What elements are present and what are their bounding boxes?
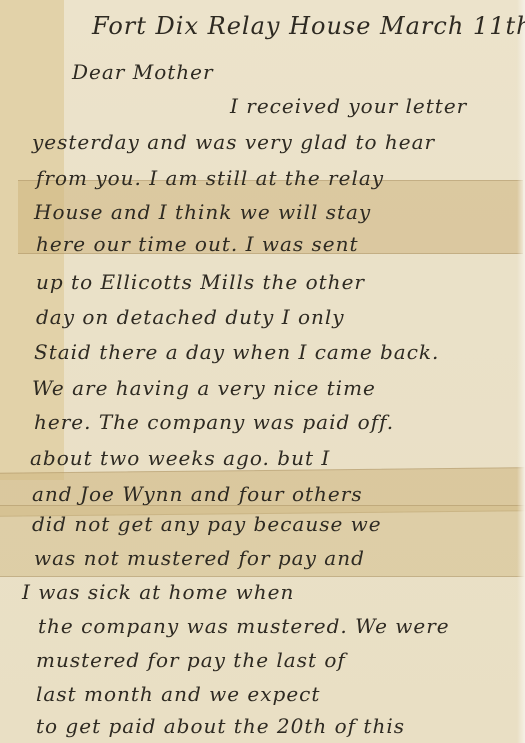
letter-line: day on detached duty I only xyxy=(36,305,525,329)
letter-line: House and I think we will stay xyxy=(34,200,525,224)
letter-heading: Fort Dix Relay House March 11th xyxy=(92,12,525,40)
letter-line: We are having a very nice time xyxy=(32,376,525,400)
letter-line: did not get any pay because we xyxy=(32,512,525,536)
letter-line: I received your letter xyxy=(230,94,525,118)
letter-line: about two weeks ago. but I xyxy=(30,446,525,470)
letter-line: here our time out. I was sent xyxy=(36,232,525,256)
letter-line: and Joe Wynn and four others xyxy=(32,482,525,506)
letter-line: to get paid about the 20th of this xyxy=(36,714,525,738)
letter-line: yesterday and was very glad to hear xyxy=(32,130,525,154)
letter-line: the company was mustered. We were xyxy=(38,614,525,638)
letter-line: mustered for pay the last of xyxy=(36,648,525,672)
salutation: Dear Mother xyxy=(72,60,525,84)
letter-line: I was sick at home when xyxy=(22,580,525,604)
letter-line: last month and we expect xyxy=(36,682,525,706)
letter-line: up to Ellicotts Mills the other xyxy=(36,270,525,294)
letter-line: from you. I am still at the relay xyxy=(36,166,525,190)
letter-page: Fort Dix Relay House March 11th Dear Mot… xyxy=(0,0,525,743)
letter-line: was not mustered for pay and xyxy=(34,546,525,570)
letter-line: here. The company was paid off. xyxy=(34,410,525,434)
letter-line: Staid there a day when I came back. xyxy=(34,340,525,364)
